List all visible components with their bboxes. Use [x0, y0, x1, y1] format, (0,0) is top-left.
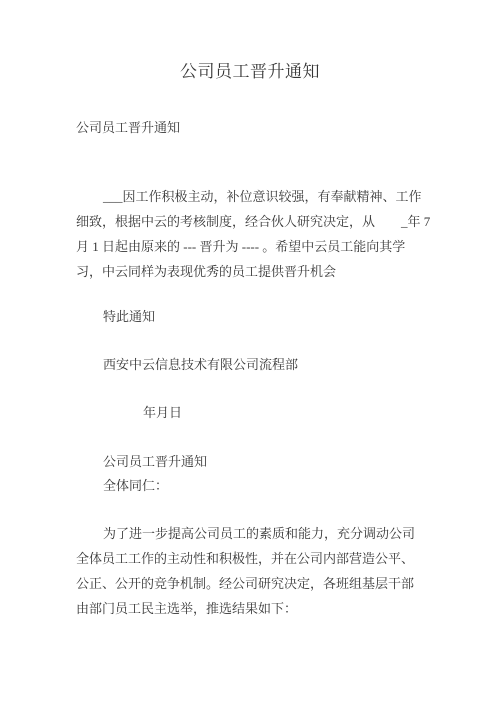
- notice1-paragraph-line: 习，中云同样为表现优秀的员工提供晋升机会: [76, 259, 424, 284]
- notice2-paragraph-line: 由部门员工民主选举，推选结果如下：: [76, 596, 424, 621]
- notice1-paragraph-line: ___因工作积极主动，补位意识较强，有奉献精神、工作: [76, 184, 424, 209]
- notice2-paragraph-line: 公正、公开的竞争机制。经公司研究决定，各班组基层干部: [76, 571, 424, 596]
- notice1-closing: 特此通知: [76, 304, 424, 329]
- notice1-heading: 公司员工晋升通知: [76, 115, 424, 140]
- notice2-paragraph-line: 全体员工工作的主动性和积极性，并在公司内部营造公平、: [76, 546, 424, 571]
- notice1-paragraph-line: 月 1 日起由原来的 --- 晋升为 ---- 。希望中云员工能向其学: [76, 234, 424, 259]
- document-page: 公司员工晋升通知 公司员工晋升通知 ___因工作积极主动，补位意识较强，有奉献精…: [0, 0, 500, 708]
- notice1-date-placeholder: 年月日: [143, 400, 491, 425]
- notice2-paragraph-line: 为了进一步提高公司员工的素质和能力，充分调动公司: [76, 521, 424, 546]
- notice1-signature: 西安中云信息技术有限公司流程部: [76, 352, 424, 377]
- notice2-salutation: 全体同仁：: [76, 473, 424, 498]
- page-title: 公司员工晋升通知: [0, 59, 500, 84]
- notice2-paragraph: 为了进一步提高公司员工的素质和能力，充分调动公司 全体员工工作的主动性和积极性，…: [76, 521, 424, 621]
- notice1-paragraph: ___因工作积极主动，补位意识较强，有奉献精神、工作 细致，根据中云的考核制度，…: [76, 184, 424, 284]
- notice2-heading: 公司员工晋升通知: [76, 449, 424, 474]
- notice1-paragraph-line: 细致，根据中云的考核制度，经合伙人研究决定，从 _年 7: [76, 209, 424, 234]
